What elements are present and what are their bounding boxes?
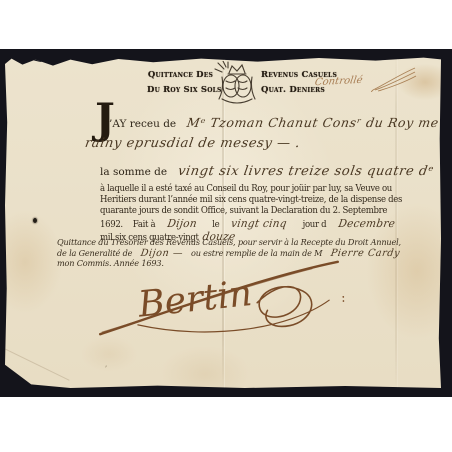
sum-label: la somme de [100,166,167,178]
receipt-body-paragraph: à laquelle il a esté taxé au Conseil du … [100,184,402,244]
date-line: 1692. Fait à Dijon le vingt cinq jour d … [100,218,402,231]
paragraph-line: quarante jours de sondit Office, suivant… [100,206,402,217]
sum-line: la somme de vingt six livres treize sols… [100,160,434,179]
photo-frame: Quittance Des Du Roy Six Sols Revenus Ca… [0,49,452,397]
document-paper: Quittance Des Du Roy Six Sols Revenus Ca… [5,56,441,388]
signature: Bertin : [75,243,363,353]
handwritten-annotation: Controllé [314,75,363,88]
handwritten-place: Dijon [166,218,197,229]
signature-colon: : [341,291,346,306]
handwritten-month: Decembre [337,218,395,229]
quill-flourish-icon [371,66,419,92]
printed-le: le [212,220,219,230]
pencil-mark: ⸗ [105,363,107,370]
printed-jour-d: jour d [303,220,327,230]
handwritten-recipient-line2: rainy eprusdial de mesesy — . [84,136,302,151]
fold-crease [4,348,69,380]
ink-spot [33,218,37,223]
paragraph-line: à laquelle il a esté taxé au Conseil du … [100,184,402,195]
royal-arms-ornament-icon [214,61,260,105]
stamp-left-text: Quittance Des Du Roy Six Sols [147,68,213,98]
stamp-left-line2: Du Roy Six Sols [147,83,213,98]
paragraph-line: Heritiers durant l’année mil six cens qu… [100,195,402,206]
stamp-left-line1: Quittance Des [147,68,213,83]
handwritten-recipient-line1: Mᵉ Tzoman Chanut Consʳ du Roy me dardel [186,115,452,130]
signature-name: Bertin [135,273,254,326]
receipt-opening-line: ’AY receu de Mᵉ Tzoman Chanut Consʳ du R… [109,112,452,131]
receipt-opening-line2: rainy eprusdial de mesesy — . [85,132,300,151]
handwritten-sum: vingt six livres treize sols quatre dᵉ [177,164,435,179]
printed-intro: ’AY receu de [109,118,176,130]
handwritten-day: vingt cinq [230,218,287,229]
printed-year: 1692. [100,220,123,230]
paper-edge-tear [13,55,59,62]
printed-fait-a: Fait à [133,220,155,230]
